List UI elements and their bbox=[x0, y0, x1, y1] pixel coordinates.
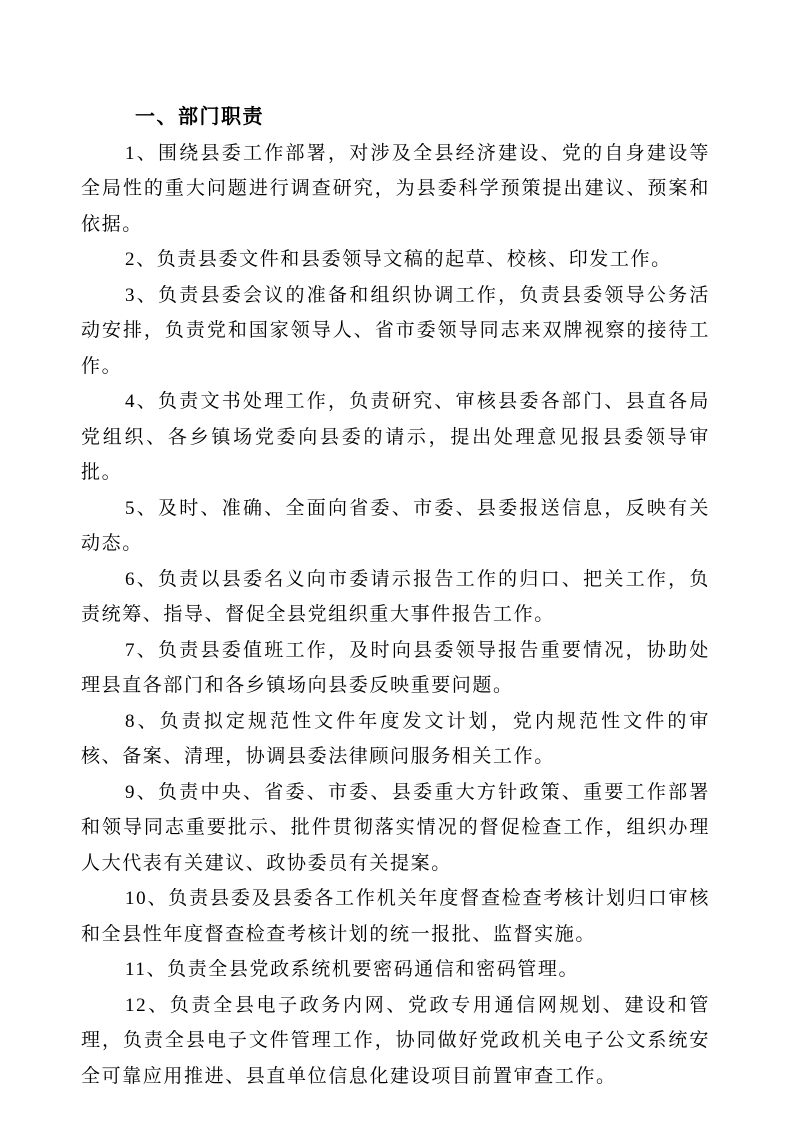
responsibility-item: 10、负责县委及县委各工作机关年度督查检查考核计划归口审核和全县性年度督查检查考… bbox=[81, 881, 710, 952]
responsibility-item: 9、负责中央、省委、市委、县委重大方针政策、重要工作部署和领导同志重要批示、批件… bbox=[81, 775, 710, 882]
responsibility-item: 3、负责县委会议的准备和组织协调工作，负责县委领导公务活动安排，负责党和国家领导… bbox=[81, 278, 710, 385]
responsibility-item: 4、负责文书处理工作，负责研究、审核县委各部门、县直各局党组织、各乡镇场党委向县… bbox=[81, 384, 710, 491]
responsibility-item: 7、负责县委值班工作，及时向县委领导报告重要情况，协助处理县直各部门和各乡镇场向… bbox=[81, 633, 710, 704]
responsibility-item: 12、负责全县电子政务内网、党政专用通信网规划、建设和管理，负责全县电子文件管理… bbox=[81, 988, 710, 1095]
responsibility-item: 5、及时、准确、全面向省委、市委、县委报送信息，反映有关动态。 bbox=[81, 491, 710, 562]
responsibility-list: 1、围绕县委工作部署，对涉及全县经济建设、党的自身建设等全局性的重大问题进行调查… bbox=[81, 136, 710, 1095]
responsibility-item: 2、负责县委文件和县委领导文稿的起草、校核、印发工作。 bbox=[81, 242, 710, 278]
responsibility-item: 8、负责拟定规范性文件年度发文计划，党内规范性文件的审核、备案、清理，协调县委法… bbox=[81, 704, 710, 775]
responsibility-item: 1、围绕县委工作部署，对涉及全县经济建设、党的自身建设等全局性的重大问题进行调查… bbox=[81, 136, 710, 243]
document-page: 一、部门职责 1、围绕县委工作部署，对涉及全县经济建设、党的自身建设等全局性的重… bbox=[0, 0, 793, 1122]
responsibility-item: 6、负责以县委名义向市委请示报告工作的归口、把关工作，负责统筹、指导、督促全县党… bbox=[81, 562, 710, 633]
responsibility-item: 11、负责全县党政系统机要密码通信和密码管理。 bbox=[81, 952, 710, 988]
section-heading: 一、部门职责 bbox=[135, 100, 710, 136]
